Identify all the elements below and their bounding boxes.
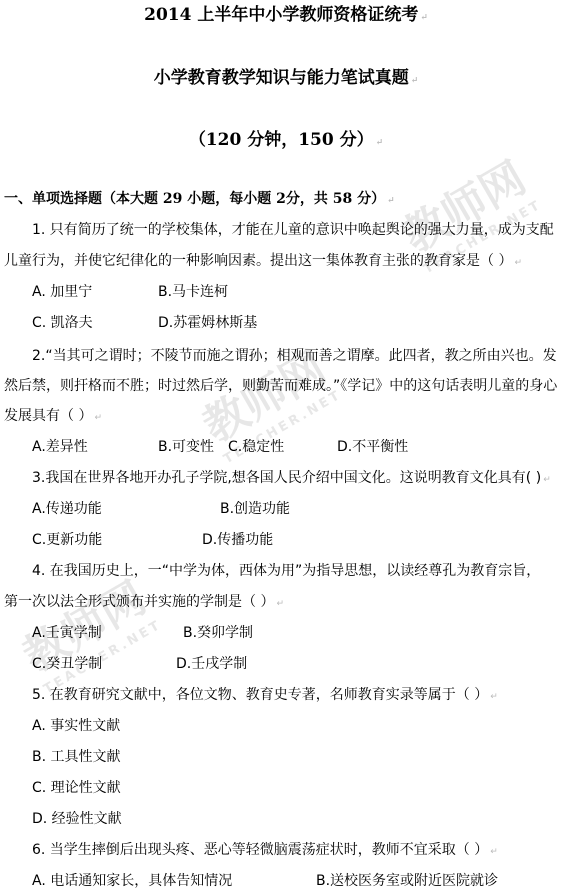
question-5-option-a: A. 事实性文献 xyxy=(32,717,120,735)
question-3-option-a: A.传递功能 xyxy=(32,500,102,518)
question-1-option-d: D.苏霍姆林斯基 xyxy=(158,314,257,332)
document-subtitle: 小学教育教学知识与能力笔试真题↵ xyxy=(0,69,572,90)
section-heading: 一、单项选择题（本大题 29 小题，每小题 2分，共 58 分）↵ xyxy=(4,190,395,210)
question-1-line-1: 1. 只有简历了统一的学校集体，才能在儿童的意识中唤起舆论的强大力量，成为支配 xyxy=(32,221,554,239)
question-4-option-c: C.癸丑学制 xyxy=(32,655,102,673)
question-2-option-b: B.可变性 xyxy=(158,438,214,456)
question-2-line-1: 2.“当其可之谓时；不陵节而施之谓孙；相观而善之谓摩。此四者，教之所由兴也。发 xyxy=(32,347,557,365)
question-3-line-1: 3.我国在世界各地开办孔子学院,想各国人民介绍中国文化。这说明教育文化具有( )… xyxy=(32,469,551,489)
question-6-line-1: 6. 当学生摔倒后出现头疼、恶心等轻微脑震荡症状时，教师不宜采取（ ）↵ xyxy=(32,841,498,861)
question-5-option-c: C. 理论性文献 xyxy=(32,779,121,797)
question-3-option-b: B.创造功能 xyxy=(220,500,290,518)
question-4-option-a: A.壬寅学制 xyxy=(32,624,102,642)
question-4-option-d: D.壬戌学制 xyxy=(176,655,247,673)
question-6-option-a: A. 电话通知家长，具体告知情况 xyxy=(32,872,232,890)
question-5-line-1: 5. 在教育研究文献中，各位文物、教育史专著，名师教育实录等属于（ ）↵ xyxy=(32,686,498,706)
question-3-option-d: D.传播功能 xyxy=(202,531,273,549)
question-4-line-2: 第一次以法全形式颁布并实施的学制是（ ）↵ xyxy=(4,593,284,613)
question-4-option-b: B.癸卯学制 xyxy=(183,624,253,642)
question-6-option-b: B.送校医务室或附近医院就诊 xyxy=(316,872,498,890)
document-title: 2014 上半年中小学教师资格证统考↵ xyxy=(0,6,572,27)
question-1-option-c: C. 凯洛夫 xyxy=(32,314,93,332)
question-2-option-d: D.不平衡性 xyxy=(337,438,408,456)
question-1-line-2: 儿童行为，并使它纪律化的一种影响因素。提出这一集体教育主张的教育家是（ ）↵ xyxy=(4,252,522,272)
question-2-option-c: C.稳定性 xyxy=(228,438,284,456)
question-2-line-2: 然后禁，则扞格而不胜；时过然后学，则勤苦而难成。”《学记》中的这句话表明儿童的身… xyxy=(4,377,557,395)
question-1-option-b: B.马卡连柯 xyxy=(158,283,228,301)
exam-duration-score: （120 分钟，150 分）↵ xyxy=(0,131,572,152)
question-2-option-a: A.差异性 xyxy=(32,438,88,456)
question-1-option-a: A. 加里宁 xyxy=(32,283,92,301)
question-3-option-c: C.更新功能 xyxy=(32,531,102,549)
question-5-option-d: D. 经验性文献 xyxy=(32,810,122,828)
question-2-line-3: 发展具有（ ）↵ xyxy=(4,407,102,427)
question-4-line-1: 4. 在我国历史上，一“中学为体，西体为用”为指导思想，以读经尊孔为教育宗旨， xyxy=(32,562,540,580)
question-5-option-b: B. 工具性文献 xyxy=(32,748,121,766)
